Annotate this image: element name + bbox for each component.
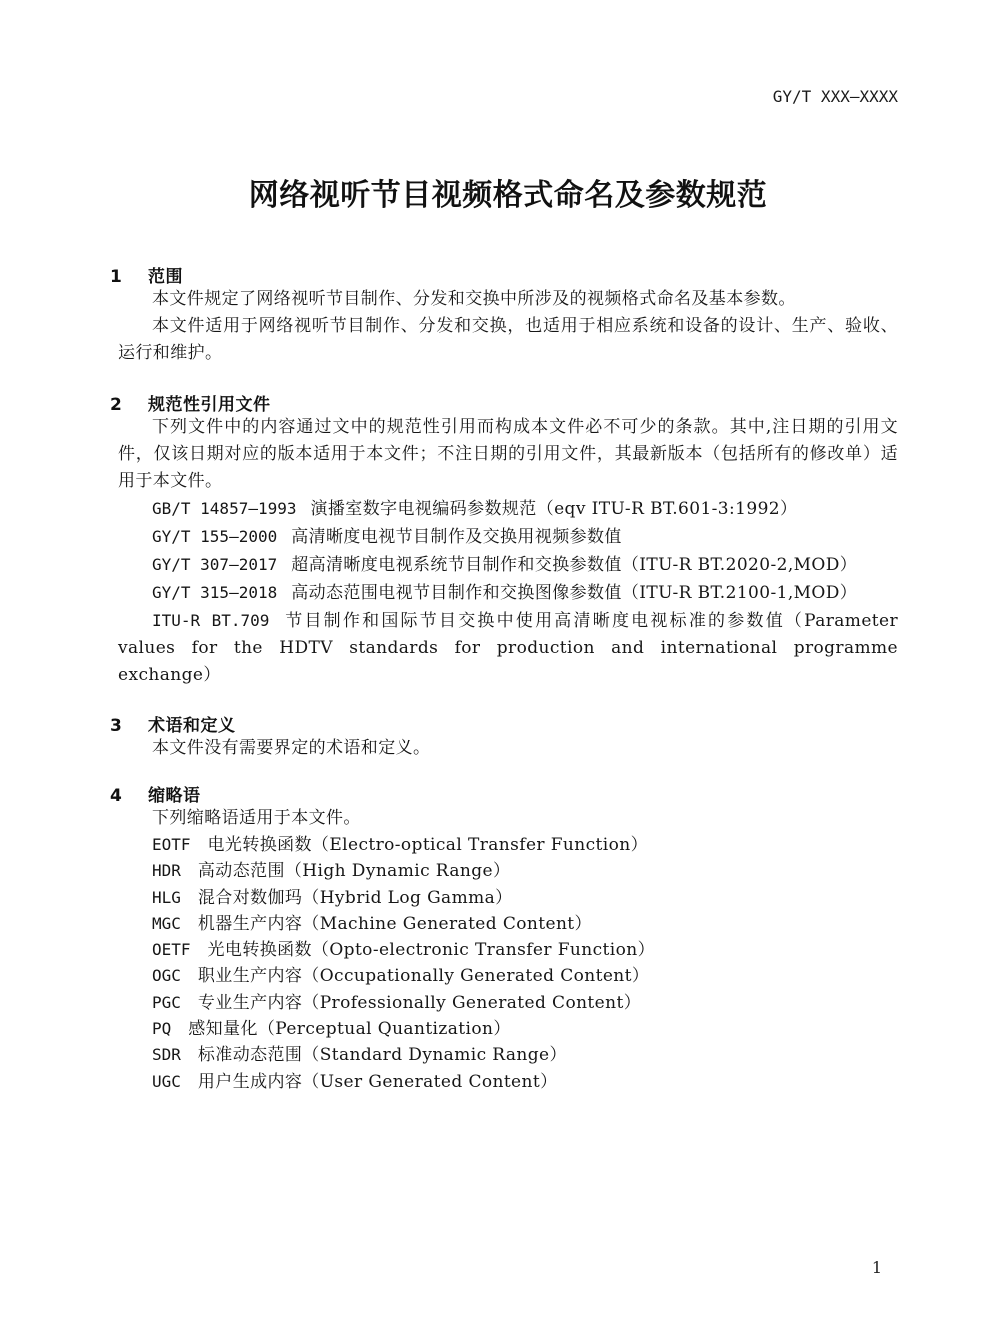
abbreviation-item: OETF光电转换函数（Opto-electronic Transfer Func… [118,937,898,963]
section-1-number: 1 [110,268,148,286]
section-2-heading-text: 规范性引用文件 [148,395,271,415]
reference-code: ITU-R BT.709 [152,611,269,630]
section-4-heading: 4缩略语 [110,787,898,805]
abbreviation-item: OGC职业生产内容（Occupationally Generated Conte… [118,963,898,989]
section-1-heading: 1范围 [110,268,898,286]
doc-number: GY/T XXX—XXXX [773,87,898,106]
section-2-heading: 2规范性引用文件 [110,396,898,414]
abbreviation-definition: 用户生成内容（User Generated Content） [198,1072,558,1092]
section-1-heading-text: 范围 [148,267,183,287]
abbreviation-item: MGC机器生产内容（Machine Generated Content） [118,911,898,937]
abbreviation-item: HLG混合对数伽玛（Hybrid Log Gamma） [118,885,898,911]
reference-item: GY/T 307—2017超高清晰度电视系统节目制作和交换参数值（ITU-R B… [118,551,898,579]
abbreviation-definition: 光电转换函数（Opto-electronic Transfer Function… [208,940,655,960]
section-2-number: 2 [110,396,148,414]
abbreviation-code: HDR [152,861,181,880]
abbreviation-definition: 标准动态范围（Standard Dynamic Range） [198,1045,567,1065]
document-page: GY/T XXX—XXXX 网络视听节目视频格式命名及参数规范 1范围 本文件规… [0,0,988,1340]
reference-code: GY/T 155—2000 [152,527,277,546]
abbreviation-code: UGC [152,1072,181,1091]
reference-title: 演播室数字电视编码参数规范（eqv ITU-R BT.601-3:1992） [311,499,798,519]
abbreviation-definition: 电光转换函数（Electro-optical Transfer Function… [208,835,648,855]
abbreviation-code: PQ [152,1019,171,1038]
reference-item: GB/T 14857—1993演播室数字电视编码参数规范（eqv ITU-R B… [118,495,898,523]
reference-title: 超高清晰度电视系统节目制作和交换参数值（ITU-R BT.2020-2,MOD） [291,555,857,575]
reference-item: GY/T 315—2018高动态范围电视节目制作和交换图像参数值（ITU-R B… [118,579,898,607]
abbreviation-item: UGC用户生成内容（User Generated Content） [118,1069,898,1095]
section-3-number: 3 [110,717,148,735]
abbreviation-code: OETF [152,940,191,959]
section-4-number: 4 [110,787,148,805]
reference-code: GY/T 307—2017 [152,555,277,574]
section-3-heading-text: 术语和定义 [148,716,236,736]
abbreviation-code: PGC [152,993,181,1012]
reference-code: GB/T 14857—1993 [152,499,297,518]
abbreviation-definition: 混合对数伽玛（Hybrid Log Gamma） [198,888,513,908]
section-3-heading: 3术语和定义 [110,717,898,735]
page-number: 1 [872,1258,882,1277]
reference-code: GY/T 315—2018 [152,583,277,602]
abbreviation-item: HDR高动态范围（High Dynamic Range） [118,858,898,884]
section-4-paragraph-1: 下列缩略语适用于本文件。 [118,805,898,832]
abbreviation-item: EOTF电光转换函数（Electro-optical Transfer Func… [118,832,898,858]
section-1-paragraph-1: 本文件规定了网络视听节目制作、分发和交换中所涉及的视频格式命名及基本参数。 [118,286,898,313]
abbreviation-item: PGC专业生产内容（Professionally Generated Conte… [118,990,898,1016]
reference-item: GY/T 155—2000高清晰度电视节目制作及交换用视频参数值 [118,523,898,551]
abbreviation-item: PQ感知量化（Perceptual Quantization） [118,1016,898,1042]
abbreviation-code: MGC [152,914,181,933]
abbreviation-definition: 专业生产内容（Professionally Generated Content） [198,993,641,1013]
section-2-paragraph-1: 下列文件中的内容通过文中的规范性引用而构成本文件必不可少的条款。其中,注日期的引… [118,414,898,495]
section-3-paragraph-1: 本文件没有需要界定的术语和定义。 [118,735,898,762]
section-4-heading-text: 缩略语 [148,786,201,806]
reference-title: 高动态范围电视节目制作和交换图像参数值（ITU-R BT.2100-1,MOD） [291,583,857,603]
reference-title: 高清晰度电视节目制作及交换用视频参数值 [291,527,622,547]
reference-item: ITU-R BT.709节目制作和国际节目交换中使用高清晰度电视标准的参数值（P… [118,607,898,689]
abbreviation-code: HLG [152,888,181,907]
document-title: 网络视听节目视频格式命名及参数规范 [118,180,898,212]
abbreviation-definition: 职业生产内容（Occupationally Generated Content） [198,966,649,986]
section-1-paragraph-2: 本文件适用于网络视听节目制作、分发和交换，也适用于相应系统和设备的设计、生产、验… [118,313,898,367]
abbreviation-code: OGC [152,966,181,985]
abbreviation-definition: 机器生产内容（Machine Generated Content） [198,914,592,934]
abbreviation-definition: 感知量化（Perceptual Quantization） [188,1019,510,1039]
abbreviation-definition: 高动态范围（High Dynamic Range） [198,861,511,881]
abbreviation-item: SDR标准动态范围（Standard Dynamic Range） [118,1042,898,1068]
abbreviation-code: EOTF [152,835,191,854]
abbreviation-code: SDR [152,1045,181,1064]
